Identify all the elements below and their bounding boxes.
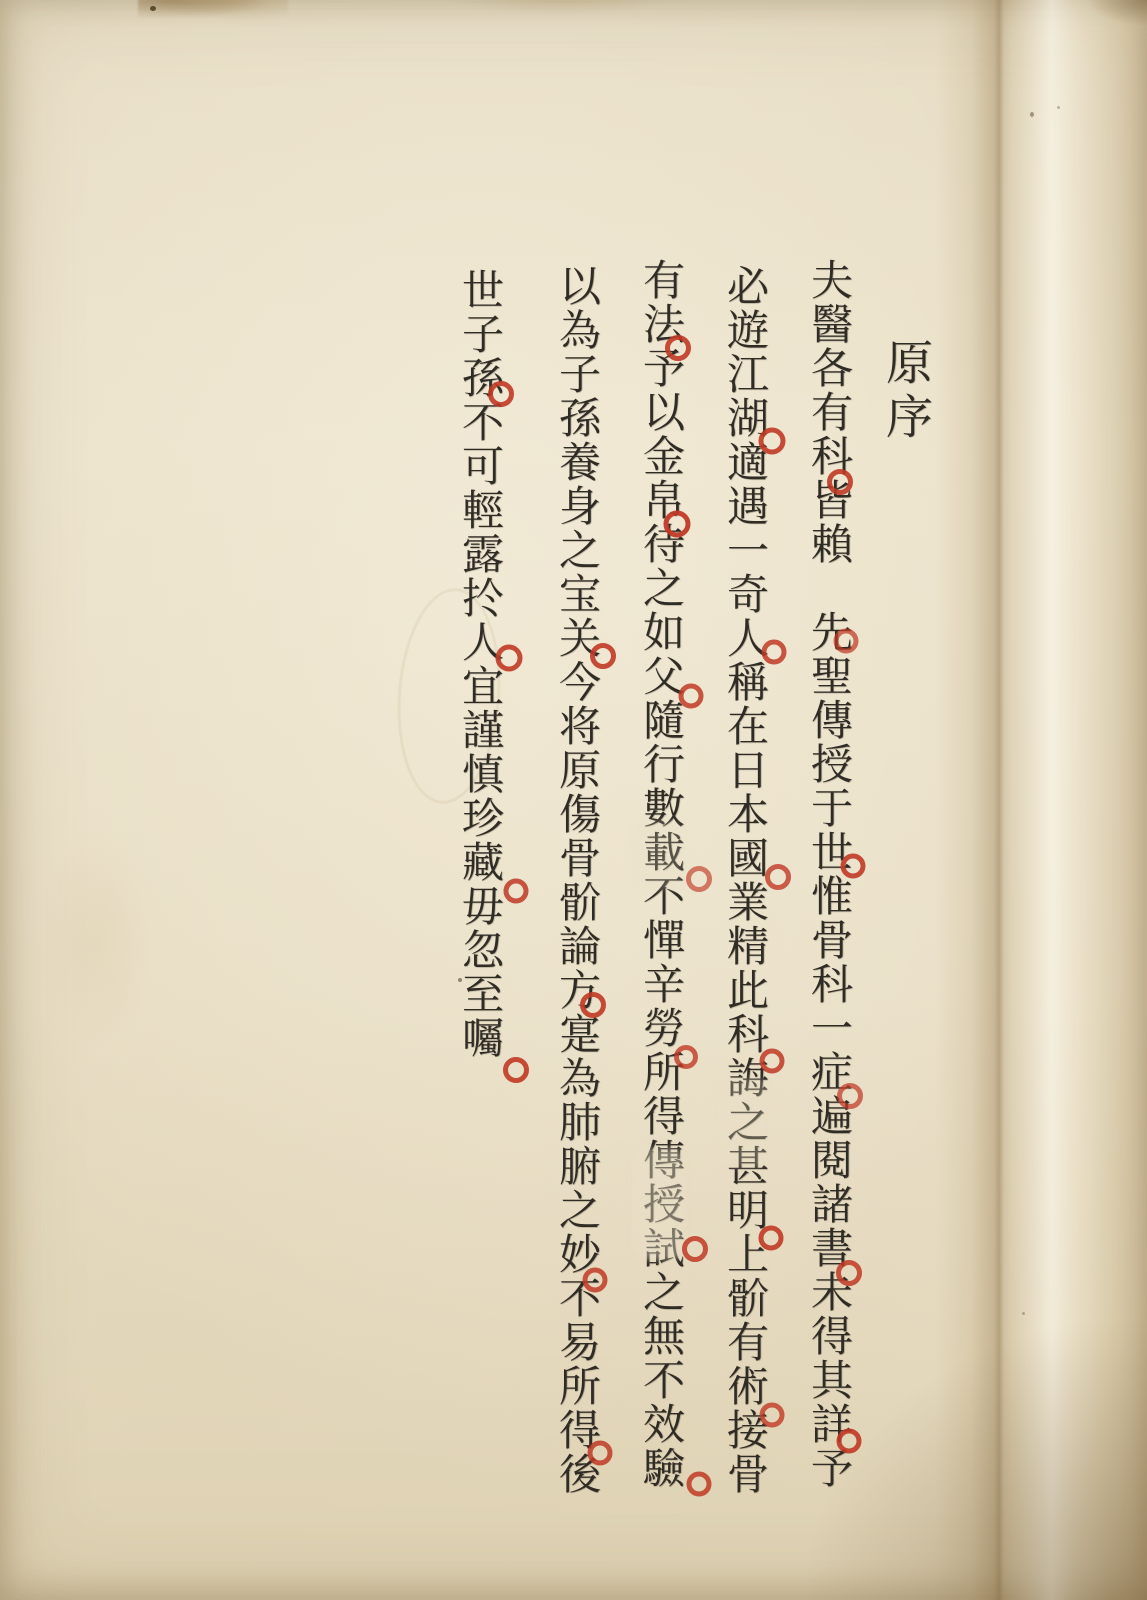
reading-mark-circle [760, 1403, 785, 1428]
reading-mark-circle [760, 1049, 785, 1074]
corner-wear [1087, 0, 1147, 26]
reading-mark-circle [687, 1472, 712, 1497]
reading-mark-circle [679, 684, 704, 709]
reading-mark-circle [759, 428, 786, 455]
faded-ink-patch [632, 1148, 684, 1260]
reading-mark-circle [686, 866, 712, 892]
reading-mark-circle [664, 511, 691, 538]
reading-mark-circle [762, 640, 787, 665]
reading-mark-circle [496, 645, 523, 672]
reading-mark-circle [837, 1083, 863, 1109]
reading-mark-circle [488, 381, 514, 407]
reading-mark-circle [674, 1045, 698, 1069]
reading-mark-circle [759, 1226, 784, 1251]
paper-stain [36, 830, 156, 1050]
text-column-4: 以為子孫養身之宝关今将原傷骨骱論方寔為肺腑之妙不易所得後 [547, 264, 607, 1496]
faded-ink-patch [714, 1078, 768, 1168]
reading-mark-circle [836, 1260, 862, 1286]
reading-mark-circle [837, 1429, 862, 1454]
paper-speck [150, 6, 156, 11]
page-title: 原序 [872, 338, 939, 446]
reading-mark-circle [765, 864, 791, 890]
reading-mark-circle [827, 469, 853, 495]
reading-mark-circle [583, 1268, 608, 1293]
faded-ink-patch [632, 820, 682, 890]
reading-mark-circle [504, 879, 529, 904]
reading-mark-circle [841, 854, 866, 879]
reading-mark-circle [580, 992, 606, 1018]
reading-mark-circle [503, 1057, 529, 1083]
paper-stain [138, 0, 288, 22]
reading-mark-circle [682, 1236, 708, 1262]
reading-mark-circle [588, 1441, 613, 1466]
reading-mark-circle [590, 643, 616, 669]
reading-mark-circle [834, 629, 859, 654]
reading-mark-circle [665, 335, 691, 361]
paper-stain [440, 0, 680, 14]
manuscript-page: 原序 夫醫各有科皆賴 先聖傳授于世惟骨科一症遍閱諸書未得其詳予 必遊江湖適遇一奇… [0, 0, 1147, 1600]
